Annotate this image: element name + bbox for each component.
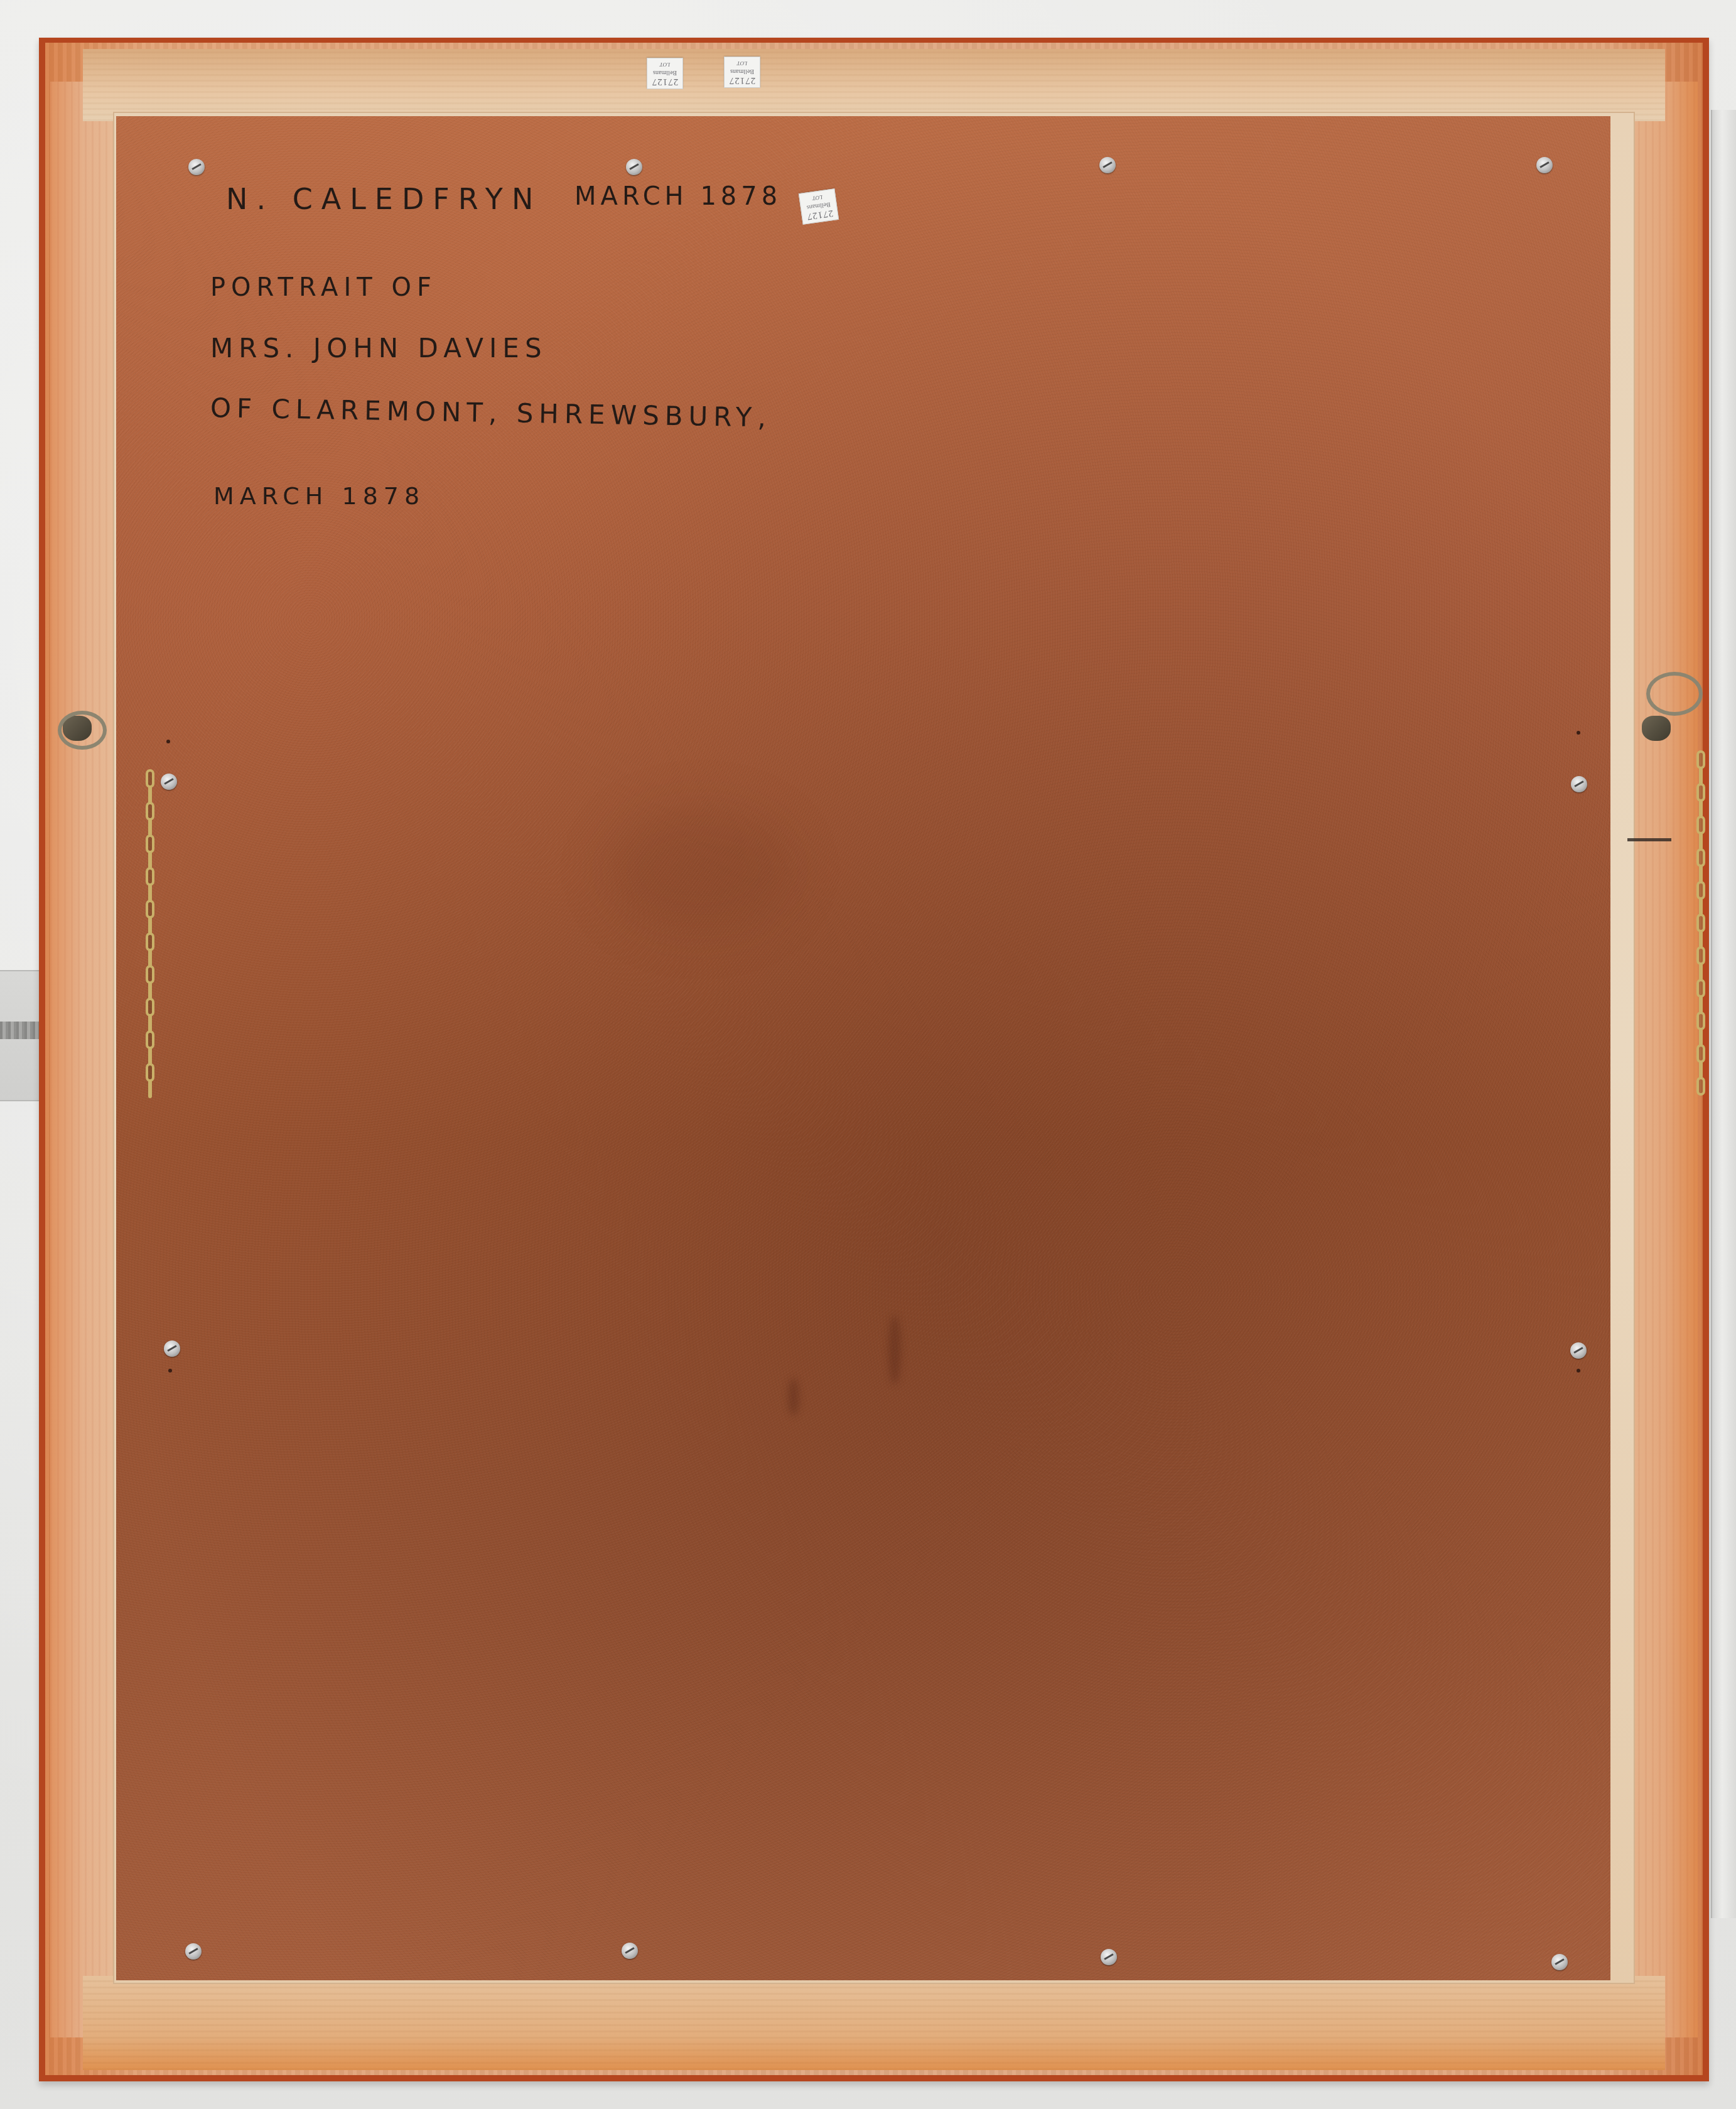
wall-fixture-right xyxy=(1711,110,1736,1918)
inscription-title: PORTRAIT OF xyxy=(210,273,437,302)
screw-icon xyxy=(164,1340,180,1357)
inscription-sitter: MRS. JOHN DAVIES xyxy=(210,333,547,364)
nail-hole xyxy=(1577,1369,1580,1373)
stain xyxy=(606,807,794,932)
screw-icon xyxy=(1099,157,1116,173)
auction-label: 27127 Bellmans LOT xyxy=(724,57,760,88)
stain xyxy=(788,1378,799,1416)
screw-icon xyxy=(626,159,642,175)
label-number: 27127 xyxy=(647,77,682,86)
d-ring-right xyxy=(1646,672,1703,716)
screw-icon xyxy=(1101,1949,1117,1965)
auction-label: 27127 Bellmans LOT xyxy=(799,188,839,225)
stain xyxy=(888,1315,901,1384)
d-ring-left xyxy=(58,711,107,750)
frame-rail-bottom xyxy=(83,1976,1665,2070)
screw-icon xyxy=(1570,1342,1587,1359)
screw-icon xyxy=(622,1943,638,1959)
screw-icon xyxy=(185,1943,202,1960)
inscription-date-bottom: MARCH 1878 xyxy=(213,482,425,510)
inscription-date-top: MARCH 1878 xyxy=(574,182,782,211)
auction-label: 27127 Bellmans LOT xyxy=(647,58,683,89)
inscription-artist: N. CALEDFRYN xyxy=(226,182,542,216)
pencil-mark xyxy=(1627,838,1671,841)
screw-icon xyxy=(161,774,177,790)
label-house: Bellmans xyxy=(725,68,760,74)
screw-icon xyxy=(188,159,205,175)
label-house: Bellmans xyxy=(647,69,682,75)
frame-rail-top xyxy=(83,49,1665,121)
label-lot-mark: LOT xyxy=(725,60,760,66)
hanger-plate-right xyxy=(1642,716,1671,741)
nail-hole xyxy=(168,1369,172,1373)
hanging-chain-right xyxy=(1696,750,1705,1093)
screw-icon xyxy=(1571,776,1587,792)
label-lot-mark: LOT xyxy=(647,62,682,67)
hanging-chain-left xyxy=(146,769,154,1096)
screw-icon xyxy=(1551,1954,1568,1970)
screw-icon xyxy=(1536,157,1553,173)
label-number: 27127 xyxy=(725,75,760,85)
nail-hole xyxy=(1577,731,1580,735)
nail-hole xyxy=(166,740,170,743)
